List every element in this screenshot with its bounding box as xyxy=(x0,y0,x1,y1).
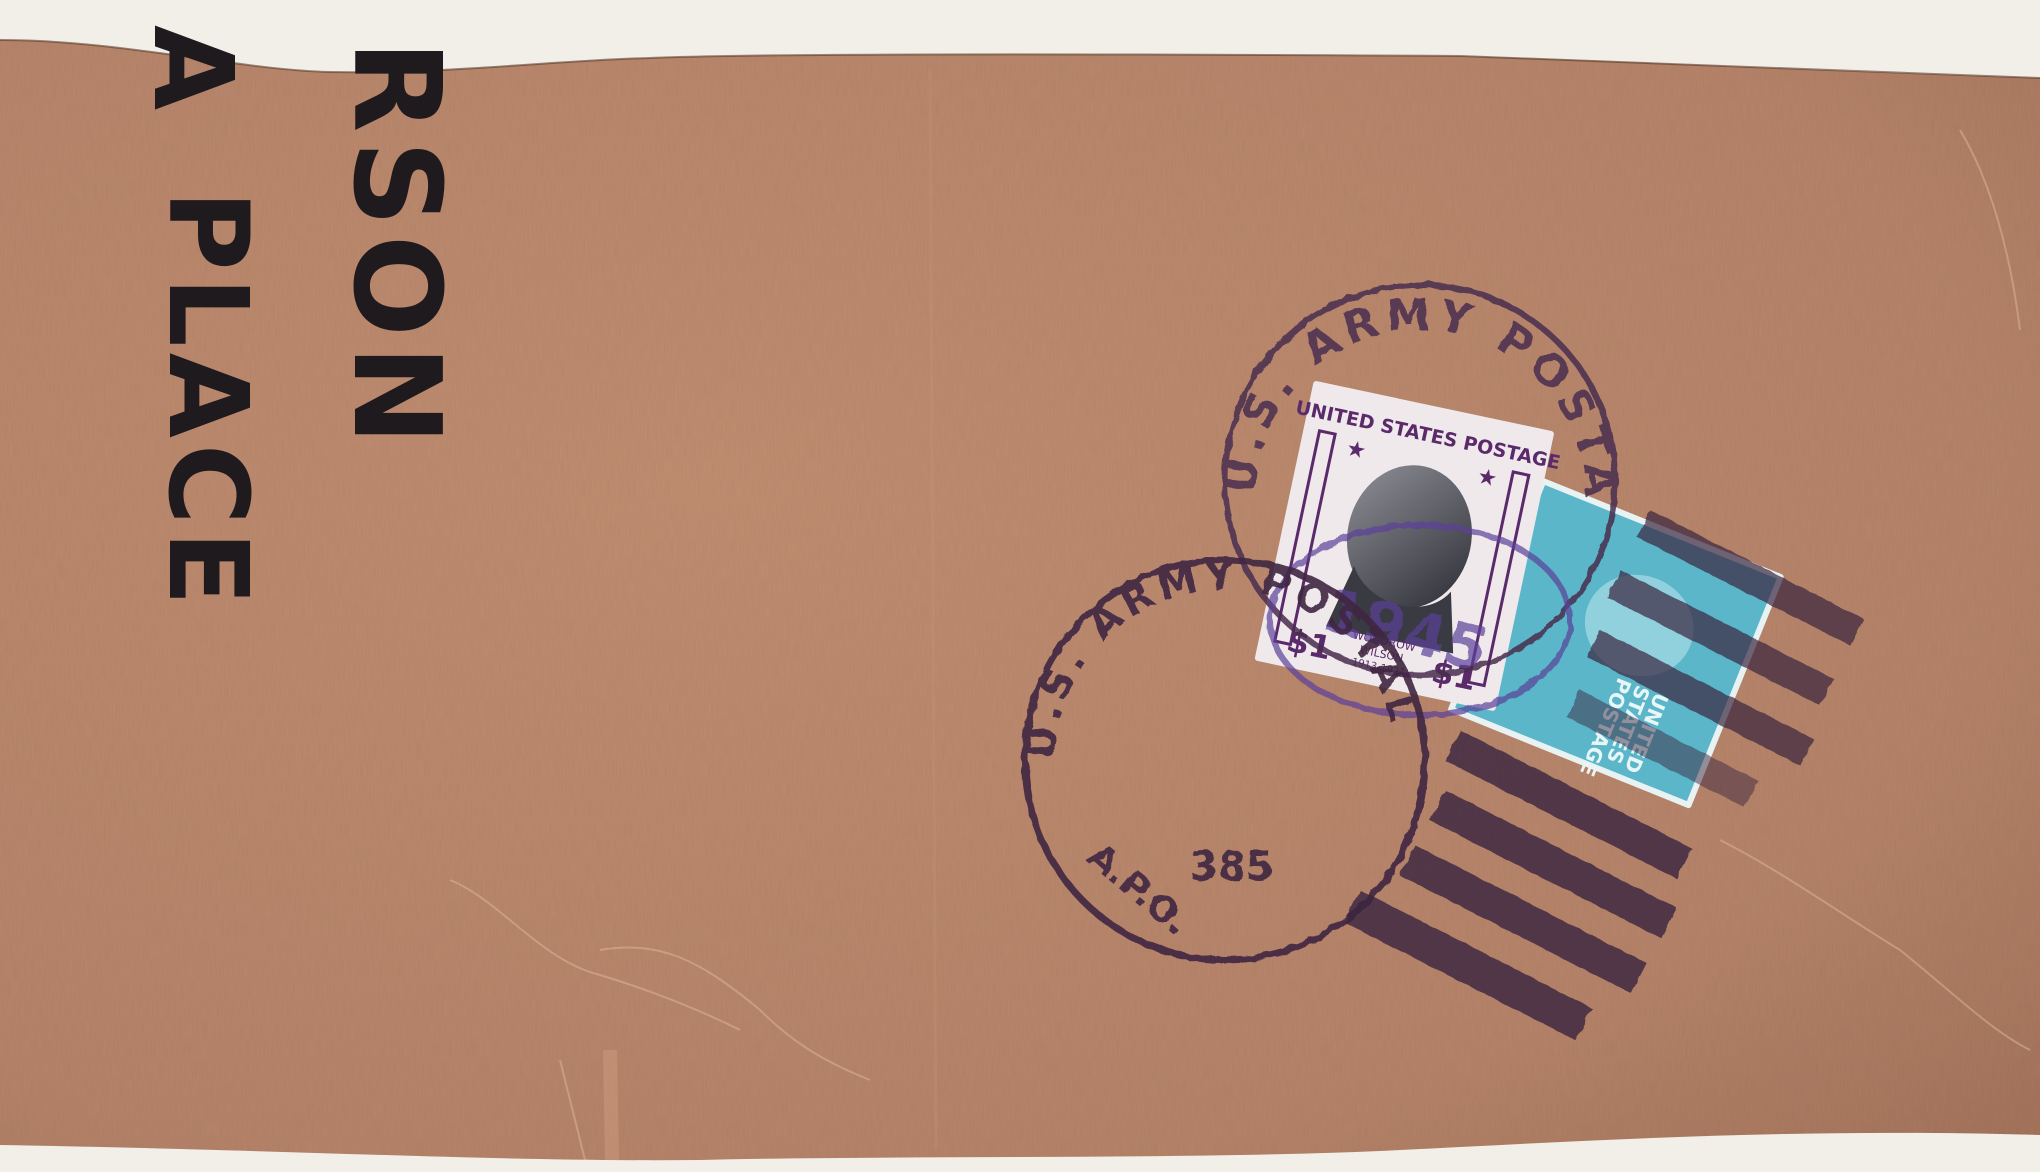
handwriting-line1: RSON xyxy=(326,40,465,453)
handwriting-line3-fragment: A xyxy=(129,25,257,110)
svg-text:385: 385 xyxy=(1190,844,1274,890)
wrapper-scan: RSON PLACE A UNITED STATES POSTAGE UNITE… xyxy=(0,0,2040,1172)
handwriting-line2: PLACE xyxy=(144,190,272,612)
